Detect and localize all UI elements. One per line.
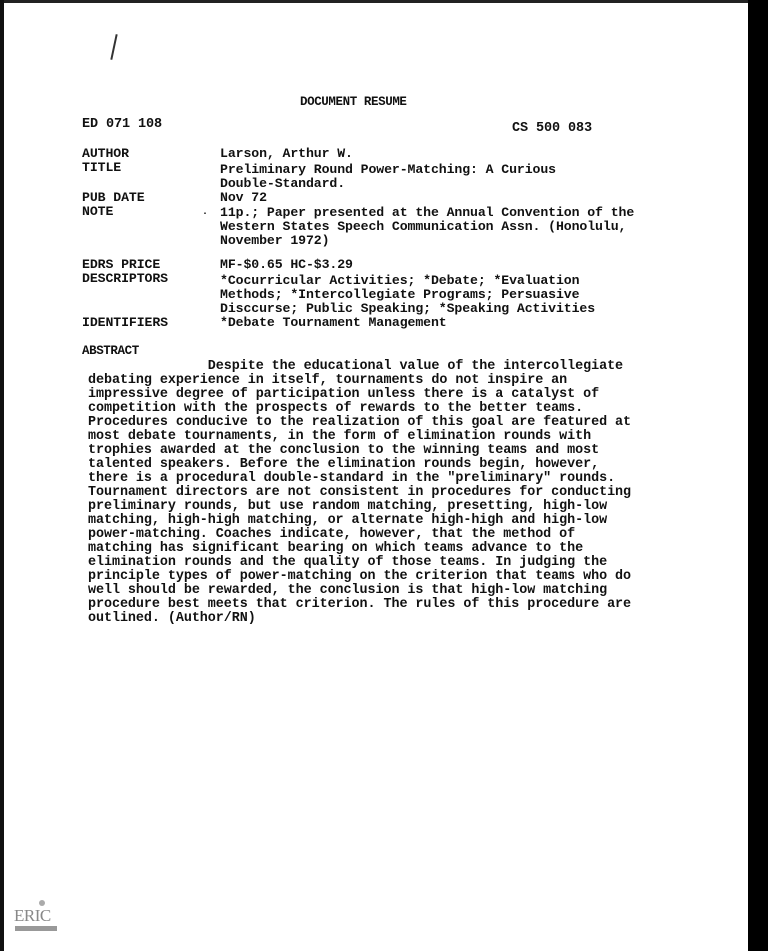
abstract-line: impressive degree of participation unles… <box>88 388 599 402</box>
abstract-line: competition with the prospects of reward… <box>88 402 583 416</box>
abstract-line: Procedures conducive to the realization … <box>88 416 631 430</box>
field-value-title-line: Preliminary Round Power-Matching: A Curi… <box>220 163 556 177</box>
abstract-line: Despite the educational value of the int… <box>88 360 623 374</box>
pen-mark <box>110 34 117 60</box>
field-value-edrs-price: MF-$0.65 HC-$3.29 <box>220 258 353 272</box>
field-label-note: NOTE <box>82 205 113 219</box>
abstract-line: debating experience in itself, tournamen… <box>88 374 567 388</box>
abstract-line: procedure best meets that criterion. The… <box>88 598 631 612</box>
abstract-line: preliminary rounds, but use random match… <box>88 500 607 514</box>
ed-number: ED 071 108 <box>82 118 162 132</box>
abstract-line: there is a procedural double-standard in… <box>88 472 615 486</box>
abstract-line: Tournament directors are not consistent … <box>88 486 631 500</box>
document-heading: DOCUMENT RESUME <box>300 95 407 109</box>
abstract-line: matching has significant bearing on whic… <box>88 542 583 556</box>
field-label-descriptors: DESCRIPTORS <box>82 272 168 286</box>
abstract-line: talented speakers. Before the eliminatio… <box>88 458 599 472</box>
scan-border-left <box>0 0 4 951</box>
abstract-line: matching, high-high matching, or alterna… <box>88 514 607 528</box>
field-value-descriptors-line: Disccurse; Public Speaking; *Speaking Ac… <box>220 302 595 316</box>
scan-border-right <box>748 0 768 951</box>
cs-number: CS 500 083 <box>512 122 592 136</box>
field-value-pub-date: Nov 72 <box>220 191 267 205</box>
eric-logo-text: ERIC <box>14 906 51 926</box>
abstract-line: outlined. (Author/RN) <box>88 612 256 626</box>
field-value-descriptors-line: *Cocurricular Activities; *Debate; *Eval… <box>220 274 579 288</box>
field-label-title: TITLE <box>82 161 121 175</box>
field-value-identifiers: *Debate Tournament Management <box>220 316 447 330</box>
field-label-identifiers: IDENTIFIERS <box>82 316 168 330</box>
field-label-author: AUTHOR <box>82 147 129 161</box>
field-value-note-line: November 1972) <box>220 234 329 248</box>
field-label-edrs-price: EDRS PRICE <box>82 258 160 272</box>
field-value-note-line: 11p.; Paper presented at the Annual Conv… <box>220 206 634 220</box>
stray-dot: · <box>202 208 208 222</box>
abstract-label: ABSTRACT <box>82 344 139 358</box>
field-value-author: Larson, Arthur W. <box>220 147 353 161</box>
abstract-line: principle types of power-matching on the… <box>88 570 631 584</box>
field-value-title-line: Double-Standard. <box>220 177 345 191</box>
scan-border-top <box>0 0 748 3</box>
eric-logo: ERIC <box>14 900 60 934</box>
abstract-line: trophies awarded at the conclusion to th… <box>88 444 599 458</box>
field-value-descriptors-line: Methods; *Intercollegiate Programs; Pers… <box>220 288 579 302</box>
abstract-line: most debate tournaments, in the form of … <box>88 430 591 444</box>
abstract-line: power-matching. Coaches indicate, howeve… <box>88 528 575 542</box>
eric-logo-bar <box>15 926 57 931</box>
abstract-line: well should be rewarded, the conclusion … <box>88 584 607 598</box>
field-value-note-line: Western States Speech Communication Assn… <box>220 220 626 234</box>
abstract-line: elimination rounds and the quality of th… <box>88 556 607 570</box>
field-label-pub-date: PUB DATE <box>82 191 145 205</box>
